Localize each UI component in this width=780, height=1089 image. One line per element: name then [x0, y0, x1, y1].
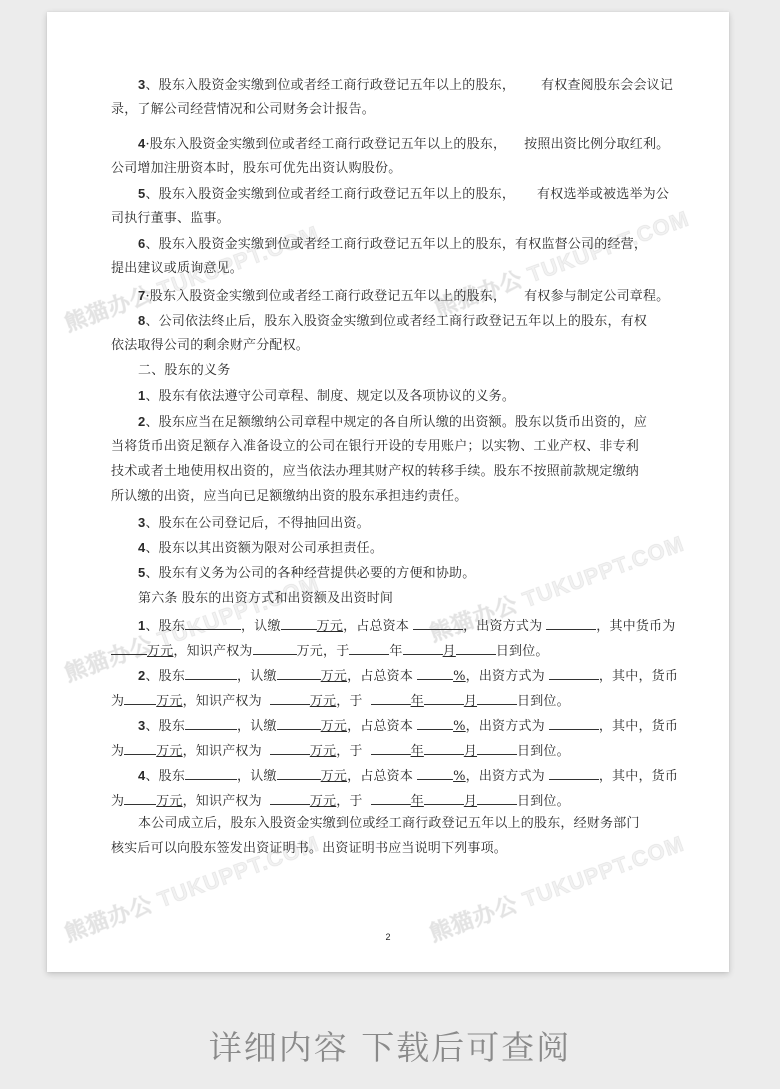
paragraph-duty-4: 4、股东以其出资额为限对公司承担责任。 — [138, 540, 698, 557]
shareholder-name-blank[interactable] — [185, 716, 237, 730]
paragraph-right-5-cont: 司执行董事、监事。 — [111, 211, 671, 227]
subscribe-amount-blank[interactable] — [277, 716, 321, 730]
cash-amount-blank[interactable] — [124, 741, 156, 755]
paragraph-closing-cont: 核实后可以向股东签发出资证明书。出资证明书应当说明下列事项。 — [111, 841, 671, 857]
ip-amount-blank[interactable] — [270, 791, 310, 805]
form-row-3-cont: 为万元，知识产权为万元，于年月日到位。 — [111, 741, 671, 760]
capital-share-blank[interactable] — [417, 666, 453, 680]
form-row-2-cont: 为万元，知识产权为万元，于年月日到位。 — [111, 691, 671, 710]
subscribe-amount-blank[interactable] — [277, 666, 321, 680]
capital-share-blank[interactable] — [417, 716, 453, 730]
paragraph-duty-2-cont: 当将货币出资足额存入准备设立的公司在银行开设的专用账户；以实物、工业产权、非专利 — [111, 439, 671, 455]
shareholder-name-blank[interactable] — [185, 666, 237, 680]
method-blank[interactable] — [546, 616, 596, 630]
paragraph-duty-5: 5、股东有义务为公司的各种经营提供必要的方便和协助。 — [138, 565, 698, 582]
paragraph-duty-2: 2、股东应当在足额缴纳公司章程中规定的各自所认缴的出资额。股东以货币出资的，应 — [138, 414, 698, 431]
paragraph-duty-1: 1、股东有依法遵守公司章程、制度、规定以及各项协议的义务。 — [138, 388, 698, 405]
month-blank[interactable] — [424, 741, 464, 755]
paragraph-duty-3: 3、股东在公司登记后，不得抽回出资。 — [138, 515, 698, 532]
paragraph-right-8-cont: 依法取得公司的剩余财产分配权。 — [111, 338, 671, 354]
cash-amount-blank[interactable] — [111, 641, 147, 655]
month-blank[interactable] — [424, 691, 464, 705]
day-blank[interactable] — [477, 741, 517, 755]
subscribe-amount-blank[interactable] — [277, 766, 321, 780]
form-row-1-cont: 万元，知识产权为万元，于年月日到位。 — [111, 641, 671, 660]
capital-share-blank[interactable] — [417, 766, 453, 780]
ip-amount-blank[interactable] — [253, 641, 297, 655]
paragraph-right-4-cont: 公司增加注册资本时，股东可优先出资认购股份。 — [111, 161, 671, 177]
day-blank[interactable] — [477, 791, 517, 805]
cash-amount-blank[interactable] — [124, 791, 156, 805]
form-row-4: 4、股东，认缴万元，占总资本%，出资方式为，其中，货币 — [138, 766, 698, 785]
download-prompt: 详细内容 下载后可查阅 — [0, 1022, 780, 1069]
section-heading-duties: 二、股东的义务 — [138, 363, 698, 379]
paragraph-right-3-cont: 录，了解公司经营情况和公司财务会计报告。 — [111, 102, 671, 118]
form-row-2: 2、股东，认缴万元，占总资本%，出资方式为，其中，货币 — [138, 666, 698, 685]
form-row-1: 1、股东，认缴万元，占总资本，出资方式为，其中货币为 — [138, 616, 698, 635]
year-blank[interactable] — [371, 741, 411, 755]
ip-amount-blank[interactable] — [270, 691, 310, 705]
paragraph-duty-2-cont: 技术或者土地使用权出资的，应当依法办理其财产权的转移手续。股东不按照前款规定缴纳 — [111, 464, 671, 480]
month-blank[interactable] — [424, 791, 464, 805]
form-row-4-cont: 为万元，知识产权为万元，于年月日到位。 — [111, 791, 671, 810]
shareholder-name-blank[interactable] — [185, 766, 237, 780]
cash-amount-blank[interactable] — [124, 691, 156, 705]
paragraph-right-5: 5、股东入股资金实缴到位或者经工商行政登记五年以上的股东，有权选举或被选举为公 — [138, 186, 698, 203]
paragraph-duty-2-cont: 所认缴的出资，应当向已足额缴纳出资的股东承担违约责任。 — [111, 489, 671, 505]
form-row-3: 3、股东，认缴万元，占总资本%，出资方式为，其中，货币 — [138, 716, 698, 735]
shareholder-name-blank[interactable] — [185, 616, 241, 630]
day-blank[interactable] — [477, 691, 517, 705]
ip-amount-blank[interactable] — [270, 741, 310, 755]
subscribe-amount-blank[interactable] — [281, 616, 317, 630]
paragraph-right-8: 8、公司依法终止后，股东入股资金实缴到位或者经工商行政登记五年以上的股东，有权 — [138, 313, 698, 330]
method-blank[interactable] — [549, 716, 599, 730]
method-blank[interactable] — [549, 766, 599, 780]
year-blank[interactable] — [349, 641, 389, 655]
paragraph-right-3: 3、股东入股资金实缴到位或者经工商行政登记五年以上的股东，有权查阅股东会会议记 — [138, 77, 698, 94]
paragraph-right-4: 4·股东入股资金实缴到位或者经工商行政登记五年以上的股东，按照出资比例分取红利。 — [138, 136, 698, 153]
paragraph-right-6-cont: 提出建议或质询意见。 — [111, 261, 671, 277]
capital-share-blank[interactable] — [413, 616, 463, 630]
paragraph-right-7: 7·股东入股资金实缴到位或者经工商行政登记五年以上的股东，有权参与制定公司章程。 — [138, 288, 698, 305]
document-page: 熊猫办公 TUKUPPT.COM 熊猫办公 TUKUPPT.COM 熊猫办公 T… — [47, 12, 729, 972]
year-blank[interactable] — [371, 691, 411, 705]
paragraph-right-6: 6、股东入股资金实缴到位或者经工商行政登记五年以上的股东，有权监督公司的经营， — [138, 236, 698, 253]
year-blank[interactable] — [371, 791, 411, 805]
day-blank[interactable] — [456, 641, 496, 655]
method-blank[interactable] — [549, 666, 599, 680]
page-number: 2 — [47, 932, 729, 942]
month-blank[interactable] — [403, 641, 443, 655]
article-six-title: 第六条 股东的出资方式和出资额及出资时间 — [138, 591, 698, 607]
paragraph-closing: 本公司成立后，股东入股资金实缴到位或经工商行政登记五年以上的股东，经财务部门 — [138, 816, 698, 832]
